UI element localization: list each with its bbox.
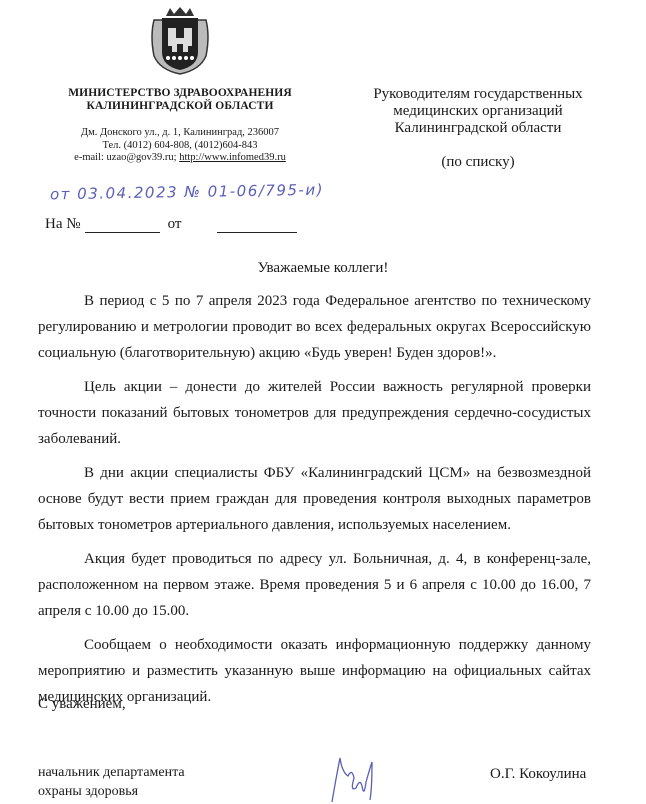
ref-number-blank: [85, 218, 160, 233]
coat-of-arms-icon: [146, 6, 214, 76]
website-link[interactable]: http://www.infomed39.ru: [179, 152, 286, 163]
signer-name: О.Г. Кокоулина: [490, 766, 586, 783]
closing: С уважением,: [38, 696, 126, 713]
ministry-contacts: Дм. Донского ул., д. 1, Калининград, 236…: [30, 127, 330, 165]
ministry-address: Дм. Донского ул., д. 1, Калининград, 236…: [30, 127, 330, 140]
recipient-line-3: Калининградской области: [358, 120, 598, 137]
signer-position: начальник департамента охраны здоровья: [38, 763, 185, 801]
ministry-name: МИНИСТЕРСТВО ЗДРАВООХРАНЕНИЯ КАЛИНИНГРАД…: [30, 87, 330, 113]
position-line-1: начальник департамента: [38, 763, 185, 782]
recipient-by-list: (по списку): [358, 154, 598, 171]
reference-line: На № от: [45, 216, 297, 233]
paragraph: Цель акции – донести до жителей России в…: [38, 374, 591, 452]
ministry-line-2: КАЛИНИНГРАДСКОЙ ОБЛАСТИ: [30, 100, 330, 113]
ref-date-label: от: [168, 216, 182, 233]
paragraph: Акция будет проводиться по адресу ул. Бо…: [38, 546, 591, 624]
recipient-line-2: медицинских организаций: [358, 103, 598, 120]
position-line-2: охраны здоровья: [38, 782, 185, 801]
recipient-block: Руководителям государственных медицински…: [358, 86, 598, 137]
greeting: Уважаемые коллеги!: [0, 260, 646, 277]
ministry-phone: Тел. (4012) 604-808, (4012)604-843: [30, 140, 330, 153]
ministry-email: e-mail: uzao@gov39.ru;: [74, 152, 179, 163]
letter-body: В период с 5 по 7 апреля 2023 года Федер…: [38, 288, 591, 718]
signature-icon: [318, 748, 388, 804]
ministry-line-1: МИНИСТЕРСТВО ЗДРАВООХРАНЕНИЯ: [30, 87, 330, 100]
paragraph: В дни акции специалисты ФБУ «Калининград…: [38, 460, 591, 538]
handwritten-registration: от 03.04.2023 № 01-06/795-и): [50, 181, 324, 204]
paragraph: В период с 5 по 7 апреля 2023 года Федер…: [38, 288, 591, 366]
recipient-line-1: Руководителям государственных: [358, 86, 598, 103]
ref-number-label: На №: [45, 216, 81, 233]
ref-date-blank: [217, 218, 297, 233]
ministry-email-web: e-mail: uzao@gov39.ru; http://www.infome…: [30, 152, 330, 165]
